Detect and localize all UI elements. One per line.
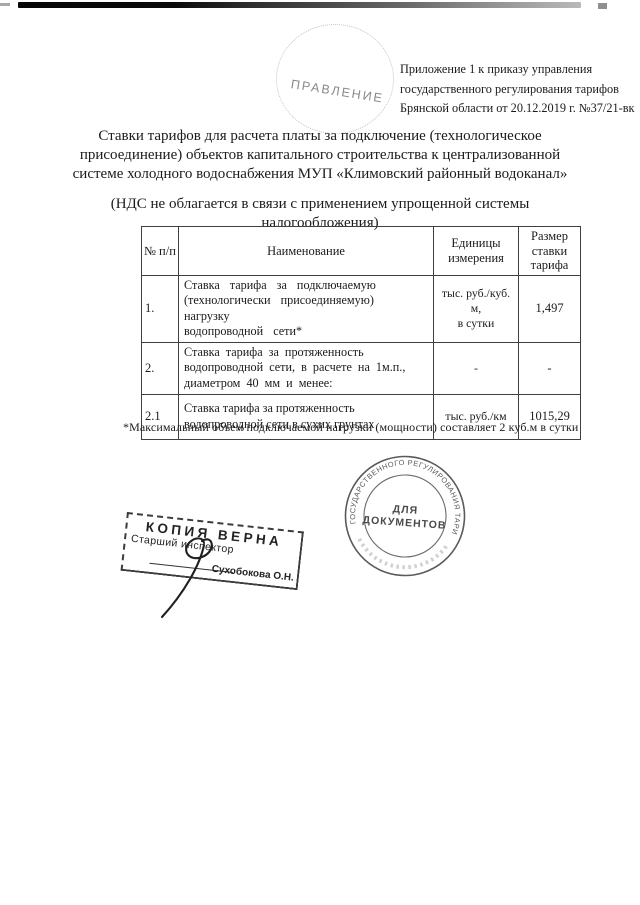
tariff-table-container: № п/п Наименование Единицы измерения Раз… xyxy=(141,226,581,440)
stamp-center-line2: ДОКУМЕНТОВ xyxy=(362,514,447,532)
vat-note-line: (НДС не облагается в связи с применением… xyxy=(48,195,592,214)
round-stamp-graphic: ГОСУДАРСТВЕННОГО РЕГУЛИРОВАНИЯ ТАРИФОВ Д… xyxy=(337,448,474,585)
appendix-reference-block: Приложение 1 к приказу управления госуда… xyxy=(400,60,636,119)
copy-stamp-signer-name: Сухобокова О.Н. xyxy=(211,564,294,584)
column-header-units: Единицы измерения xyxy=(434,227,519,276)
row-value: 1,497 xyxy=(519,275,581,342)
scan-artifact-right-mark xyxy=(598,3,607,9)
scan-artifact-left-mark xyxy=(0,3,10,6)
appendix-line: государственного регулирования тарифов xyxy=(400,80,636,100)
stamp-center-line1: ДЛЯ xyxy=(392,503,418,517)
column-header-number: № п/п xyxy=(142,227,179,276)
footnote: *Максимальный объем подключаемой нагрузк… xyxy=(123,420,578,435)
handwritten-signature xyxy=(150,529,220,621)
column-header-name: Наименование xyxy=(179,227,434,276)
table-row: 1. Ставка тарифа за подключаемую (технол… xyxy=(142,275,581,342)
scanned-document-page: { "header": { "appendix_lines": [ "Прило… xyxy=(0,0,640,905)
document-title: Ставки тарифов для расчета платы за подк… xyxy=(48,127,592,184)
row-name: Ставка тарифа за подключаемую (технологи… xyxy=(179,275,434,342)
row-unit: - xyxy=(434,342,519,394)
title-line: присоединение) объектов капитального стр… xyxy=(48,146,592,165)
appendix-line: Приложение 1 к приказу управления xyxy=(400,60,636,80)
row-unit: тыс. руб./куб. м, в сутки xyxy=(434,275,519,342)
row-value: - xyxy=(519,342,581,394)
round-documents-stamp: ГОСУДАРСТВЕННОГО РЕГУЛИРОВАНИЯ ТАРИФОВ Д… xyxy=(337,448,474,585)
title-line: системе холодного водоснабжения МУП «Кли… xyxy=(48,165,592,184)
row-name: Ставка тарифа за протяженность водопрово… xyxy=(179,342,434,394)
column-header-rate: Размер ставки тарифа xyxy=(519,227,581,276)
tariff-table: № п/п Наименование Единицы измерения Раз… xyxy=(141,226,581,440)
row-number: 1. xyxy=(142,275,179,342)
title-line: Ставки тарифов для расчета платы за подк… xyxy=(48,127,592,146)
appendix-line: Брянской области от 20.12.2019 г. №37/21… xyxy=(400,99,636,119)
scan-artifact-top-bar xyxy=(18,2,581,8)
row-number: 2. xyxy=(142,342,179,394)
table-header-row: № п/п Наименование Единицы измерения Раз… xyxy=(142,227,581,276)
faint-round-stamp: ПРАВЛЕНИЕ xyxy=(276,24,394,134)
faint-stamp-text: ПРАВЛЕНИЕ xyxy=(290,77,387,106)
stamp-outer-ring xyxy=(341,452,468,579)
table-row: 2. Ставка тарифа за протяженность водопр… xyxy=(142,342,581,394)
